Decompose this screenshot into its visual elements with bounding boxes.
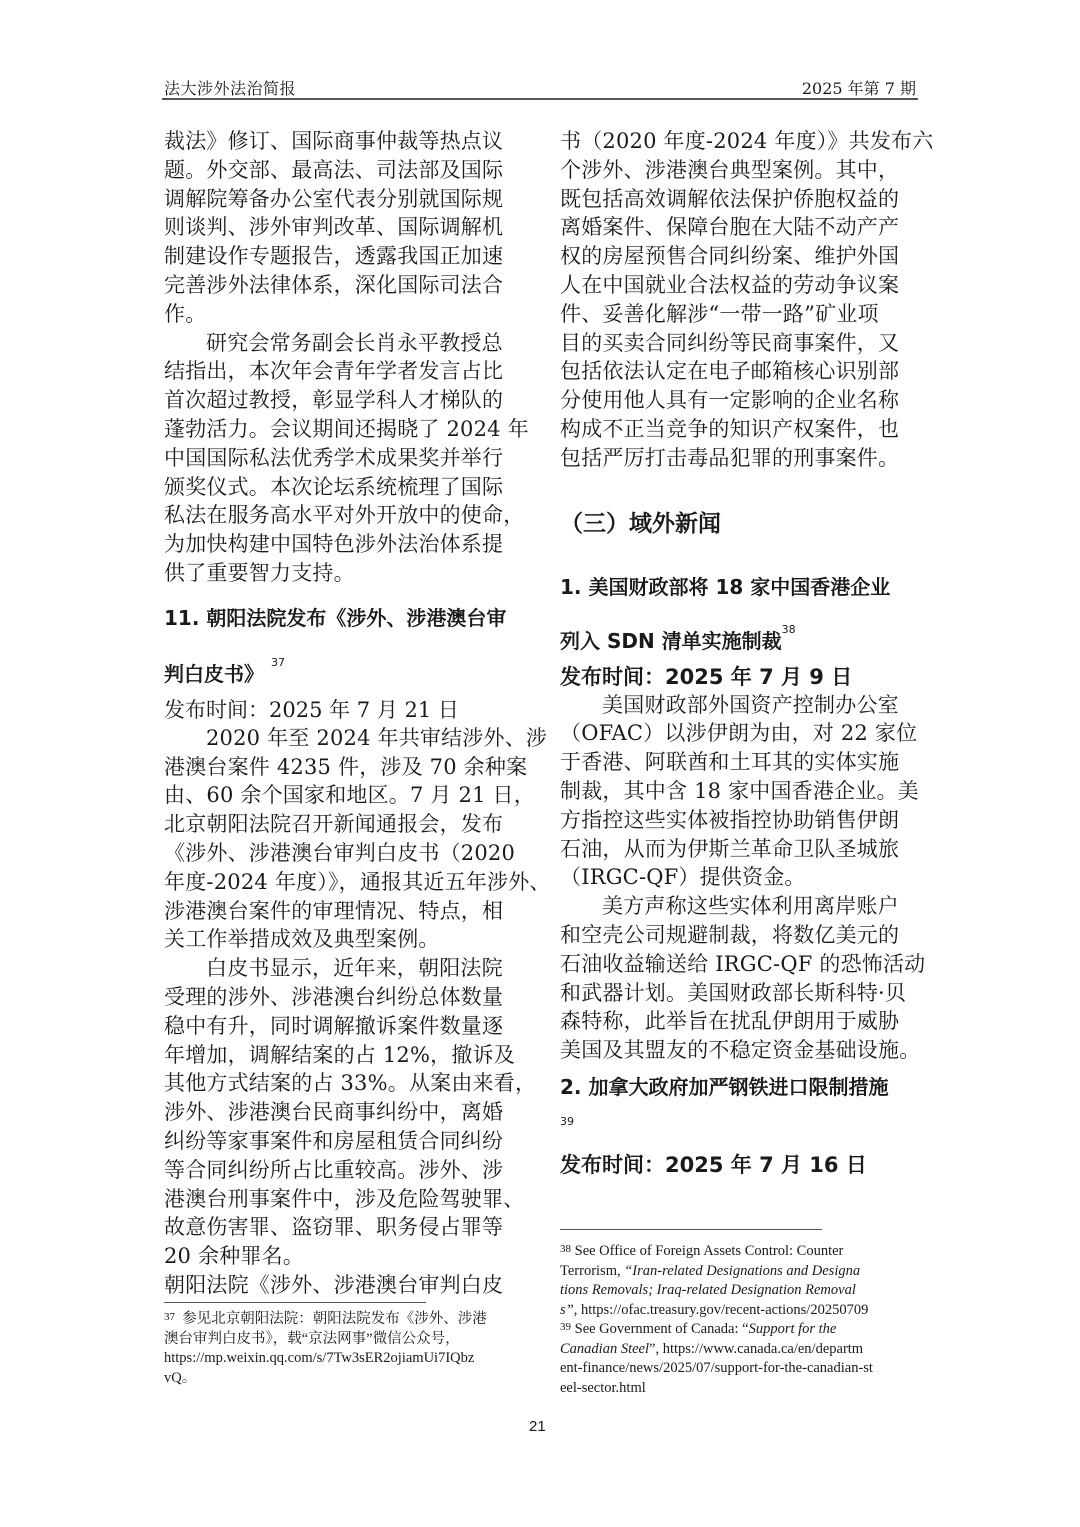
- text-line: 裁法》修订、国际商事仲裁等热点议: [164, 127, 524, 156]
- text-line: 石油收益输送给 IRGC-QF 的恐怖活动: [560, 950, 920, 979]
- text-line: 《涉外、涉港澳台审判白皮书（2020: [164, 839, 524, 868]
- text-line: 石油，从而为伊斯兰革命卫队圣城旅: [560, 835, 920, 864]
- text-line: 为加快构建中国特色涉外法治体系提: [164, 530, 524, 559]
- publish-date: 发布时间：2025 年 7 月 9 日: [560, 661, 920, 691]
- right-column: 书（2020 年度-2024 年度）》共发布六个涉外、涉港澳台典型案例。其中，既…: [560, 127, 920, 1179]
- footnote-link[interactable]: https://mp.weixin.qq.com/s/7Tw3sER2ojiam…: [164, 1349, 524, 1369]
- publish-date: 发布时间：2025 年 7 月 21 日: [164, 694, 524, 724]
- footnote-link[interactable]: ent-finance/news/2025/07/support-for-the…: [560, 1359, 920, 1379]
- paragraph: 裁法》修订、国际商事仲裁等热点议题。外交部、最高法、司法部及国际调解院筹备办公室…: [164, 127, 524, 329]
- footnote-ref[interactable]: 37: [271, 656, 285, 669]
- heading-line: 列入 SDN 清单实施制裁38: [560, 625, 920, 661]
- text-line: 题。外交部、最高法、司法部及国际: [164, 156, 524, 185]
- text-line: 涉港澳台案件的审理情况、特点，相: [164, 897, 524, 926]
- text-line: 港澳台刑事案件中，涉及危险驾驶罪、: [164, 1185, 524, 1214]
- heading-line: 判白皮书》 37: [164, 658, 524, 694]
- footnote-number: 37: [164, 1311, 175, 1323]
- issue-number: 2025 年第 7 期: [802, 76, 916, 99]
- text-line: 调解院筹备办公室代表分别就国际规: [164, 185, 524, 214]
- text-line: 则谈判、涉外审判改革、国际调解机: [164, 213, 524, 242]
- text-line: （IRGC-QF）提供资金。: [560, 863, 920, 892]
- publication-title: 法大涉外法治简报: [164, 76, 296, 99]
- paragraph: 美国财政部外国资产控制办公室（OFAC）以涉伊朗为由，对 22 家位于香港、阿联…: [560, 691, 920, 893]
- text-line: 于香港、阿联酋和土耳其的实体实施: [560, 748, 920, 777]
- text-line: 中国国际私法优秀学术成果奖并举行: [164, 444, 524, 473]
- paragraph: 研究会常务副会长肖永平教授总结指出，本次年会青年学者发言占比首次超过教授，彰显学…: [164, 329, 524, 588]
- text-line: （OFAC）以涉伊朗为由，对 22 家位: [560, 719, 920, 748]
- text-line: 由、60 余个国家和地区。7 月 21 日，: [164, 781, 524, 810]
- text-line: 2020 年至 2024 年共审结涉外、涉: [164, 724, 524, 753]
- heading-line: 11. 朝阳法院发布《涉外、涉港澳台审: [164, 602, 524, 658]
- text-line: 制建设作专题报告，透露我国正加速: [164, 242, 524, 271]
- text-line: 完善涉外法律体系，深化国际司法合: [164, 271, 524, 300]
- text-line: 美国财政部外国资产控制办公室: [560, 691, 920, 720]
- publish-date: 发布时间：2025 年 7 月 16 日: [560, 1149, 920, 1179]
- text-line: 年度-2024 年度）》，通报其近五年涉外、: [164, 868, 524, 897]
- text-line: 森特称，此举旨在扰乱伊朗用于威胁: [560, 1007, 920, 1036]
- text-line: 个涉外、涉港澳台典型案例。其中，: [560, 156, 920, 185]
- text-line: 受理的涉外、涉港澳台纠纷总体数量: [164, 983, 524, 1012]
- text-line: 离婚案件、保障台胞在大陆不动产产: [560, 213, 920, 242]
- text-line: 年增加，调解结案的占 12%，撤诉及: [164, 1041, 524, 1070]
- text-line: 港澳台案件 4235 件，涉及 70 余种案: [164, 753, 524, 782]
- text-line: 供了重要智力支持。: [164, 559, 524, 588]
- footnote-38: 38 See Office of Foreign Assets Control:…: [560, 1242, 920, 1262]
- text-line: 制裁，其中含 18 家中国香港企业。美: [560, 777, 920, 806]
- news-1-heading: 1. 美国财政部将 18 家中国香港企业 列入 SDN 清单实施制裁38: [560, 571, 920, 661]
- text-line: 白皮书显示，近年来，朝阳法院: [164, 954, 524, 983]
- text-line: 包括依法认定在电子邮箱核心识别部: [560, 357, 920, 386]
- text-line: 故意伤害罪、盗窃罪、职务侵占罪等: [164, 1213, 524, 1242]
- paragraph: 2020 年至 2024 年共审结涉外、涉港澳台案件 4235 件，涉及 70 …: [164, 724, 524, 954]
- text-line: 北京朝阳法院召开新闻通报会，发布: [164, 810, 524, 839]
- text-line: 美方声称这些实体利用离岸账户: [560, 892, 920, 921]
- text-line: 其他方式结案的占 33%。从案由来看，: [164, 1069, 524, 1098]
- footnote-link[interactable]: eel-sector.html: [560, 1379, 920, 1399]
- text-line: 分使用他人具有一定影响的企业名称: [560, 386, 920, 415]
- text-line: 和空壳公司规避制裁，将数亿美元的: [560, 921, 920, 950]
- footnote-link[interactable]: , https://ofac.treasury.gov/recent-actio…: [574, 1302, 869, 1318]
- text-line: 权的房屋预售合同纠纷案、维护外国: [560, 242, 920, 271]
- text-line: 人在中国就业合法权益的劳动争议案: [560, 271, 920, 300]
- running-header: 法大涉外法治简报 2025 年第 7 期: [162, 76, 918, 100]
- text-line: 既包括高效调解依法保护侨胞权益的: [560, 185, 920, 214]
- footnote-separator: [164, 1302, 426, 1303]
- footnote-37: 37 参见北京朝阳法院：朝阳法院发布《涉外、涉港 澳台审判白皮书》，载“京法网事…: [164, 1310, 524, 1388]
- item-11-heading: 11. 朝阳法院发布《涉外、涉港澳台审 判白皮书》 37: [164, 602, 524, 694]
- text-line: 蓬勃活力。会议期间还揭晓了 2024 年: [164, 415, 524, 444]
- text-line: 私法在服务高水平对外开放中的使命，: [164, 501, 524, 530]
- text-line: 涉外、涉港澳台民商事纠纷中，离婚: [164, 1098, 524, 1127]
- left-column: 裁法》修订、国际商事仲裁等热点议题。外交部、最高法、司法部及国际调解院筹备办公室…: [164, 127, 524, 1300]
- footnote-link[interactable]: ”, https://www.canada.ca/en/departm: [649, 1341, 863, 1357]
- footnotes-38-39: 38 See Office of Foreign Assets Control:…: [560, 1242, 920, 1398]
- text-line: 首次超过教授，彰显学科人才梯队的: [164, 386, 524, 415]
- text-line: 目的买卖合同纠纷等民商事案件，又: [560, 329, 920, 358]
- heading-line: 1. 美国财政部将 18 家中国香港企业: [560, 571, 920, 625]
- paragraph: 书（2020 年度-2024 年度）》共发布六个涉外、涉港澳台典型案例。其中，既…: [560, 127, 920, 473]
- text-line: 颁奖仪式。本次论坛系统梳理了国际: [164, 473, 524, 502]
- section-title: （三）域外新闻: [560, 505, 920, 565]
- text-line: 结指出，本次年会青年学者发言占比: [164, 357, 524, 386]
- footnote-separator: [560, 1229, 822, 1230]
- paragraph: 美方声称这些实体利用离岸账户和空壳公司规避制裁，将数亿美元的石油收益输送给 IR…: [560, 892, 920, 1065]
- footnote-ref[interactable]: 38: [782, 623, 796, 636]
- text-line: 书（2020 年度-2024 年度）》共发布六: [560, 127, 920, 156]
- news-2-heading: 2. 加拿大政府加严钢铁进口限制措施 39: [560, 1071, 920, 1149]
- paragraph: 白皮书显示，近年来，朝阳法院受理的涉外、涉港澳台纠纷总体数量稳中有升，同时调解撤…: [164, 954, 524, 1271]
- heading-line: 2. 加拿大政府加严钢铁进口限制措施: [560, 1071, 920, 1115]
- text-line: 20 余种罪名。: [164, 1242, 524, 1271]
- text-line: 和武器计划。美国财政部长斯科特·贝: [560, 979, 920, 1008]
- text-line: 美国及其盟友的不稳定资金基础设施。: [560, 1036, 920, 1065]
- text-line: 朝阳法院《涉外、涉港澳台审判白皮: [164, 1271, 524, 1300]
- paragraph: 朝阳法院《涉外、涉港澳台审判白皮: [164, 1271, 524, 1300]
- text-line: 件、妥善化解涉“一带一路”矿业项: [560, 300, 920, 329]
- footnote-ref[interactable]: 39: [560, 1115, 920, 1149]
- page-number: 21: [529, 1418, 546, 1435]
- text-line: 纠纷等家事案件和房屋租赁合同纠纷: [164, 1127, 524, 1156]
- text-line: 方指控这些实体被指控协助销售伊朗: [560, 806, 920, 835]
- text-line: 研究会常务副会长肖永平教授总: [164, 329, 524, 358]
- text-line: 构成不正当竞争的知识产权案件，也: [560, 415, 920, 444]
- text-line: 作。: [164, 300, 524, 329]
- text-line: 关工作举措成效及典型案例。: [164, 925, 524, 954]
- text-line: 稳中有升，同时调解撤诉案件数量逐: [164, 1012, 524, 1041]
- text-line: 包括严厉打击毒品犯罪的刑事案件。: [560, 444, 920, 473]
- text-line: 等合同纠纷所占比重较高。涉外、涉: [164, 1156, 524, 1185]
- footnote-39: 39 See Government of Canada: “Support fo…: [560, 1320, 920, 1340]
